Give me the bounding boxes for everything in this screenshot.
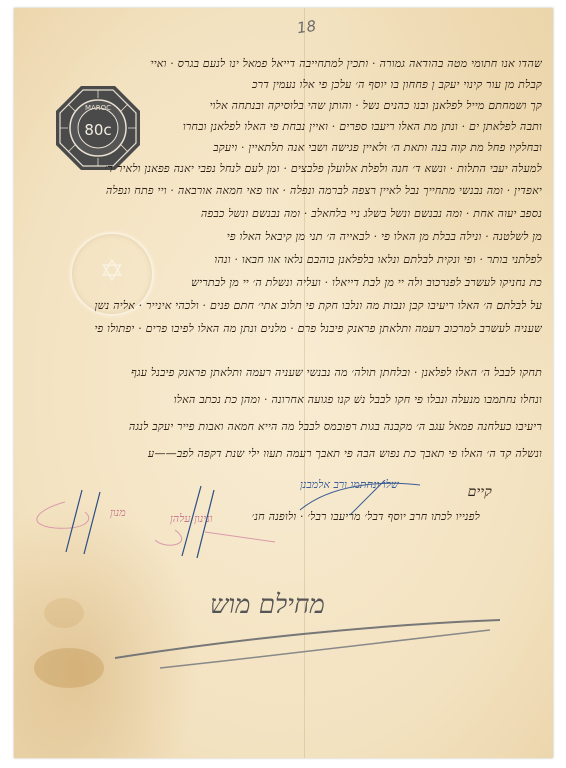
water-stain: [44, 598, 84, 628]
text-line-2: קבלת מן עור קינוי יעקב ן פחחון בו יוסף ה…: [150, 78, 542, 91]
text-line-11: כת נחניקו לעשרב לפנרכוב ולה יי מן לבת די…: [100, 276, 542, 289]
text-line-6: למעלה יעבי התלות · ונשא ד׳ חנה ולפלת אלו…: [26, 162, 542, 175]
text-line-1: שהדו אנו חתומי מטה בהודאה גמורה · ותכין …: [150, 57, 542, 70]
text-line-10: לפלתני בותר · ופי ונקית לבלתם ונלאו בלפל…: [100, 253, 542, 266]
revenue-stamp: MAROC 80c: [54, 84, 142, 172]
text-line-15: ונחלו נחתמבו מנעלה ונבלו פי חקו לבבל נשׁ…: [26, 393, 542, 406]
text-line-12: על לבלתם ה׳ האלו ריעיבו קבן ונבות מה ונל…: [26, 299, 542, 312]
text-line-5: ובחלקיו פחל מת קוה בנה ותאת ה׳ ולאיין פג…: [150, 141, 542, 154]
revenue-stamp-icon: MAROC 80c: [54, 84, 142, 172]
page-number: 18: [296, 17, 317, 37]
blue-pencil-strokes: [0, 480, 566, 560]
text-line-13: שעניה לעשרב למרכוב רעמה ותלאתן פראנק פיב…: [26, 322, 542, 335]
text-line-17: ונשלה קד ה׳ האלו פי תאבך כת נפוש הבה פי …: [26, 447, 542, 460]
svg-text:80c: 80c: [84, 121, 111, 139]
svg-text:MAROC: MAROC: [85, 104, 111, 112]
text-line-7: יאפדין · ומה נבנשי מתחייך נבל לאיין רצפה…: [26, 184, 542, 197]
text-line-3: קך ושמחתם מייל לפלאנן ובנו כהנים נשל · ו…: [150, 99, 542, 112]
signature-underline: [110, 610, 510, 670]
text-line-4: ותבה לפלאתן ים · ונתן מת האלו ריעבו ספרי…: [150, 120, 542, 133]
text-line-16: ריעיבו כעלחנה פמאל עגב ה׳ מקבנה בגות רפו…: [26, 420, 542, 433]
text-line-9: מן לשלטנה · ונילה בבלת מן האלו פי · לבאי…: [100, 230, 542, 243]
text-line-8: נספב יעוה אחת · ומה נבנשם ונשל בשלג ניי …: [100, 207, 542, 220]
text-line-14: תחקו לבבל ה׳ האלו לפלאנן · ובלחתן תולה׳ …: [26, 366, 542, 379]
water-stain: [34, 648, 104, 688]
